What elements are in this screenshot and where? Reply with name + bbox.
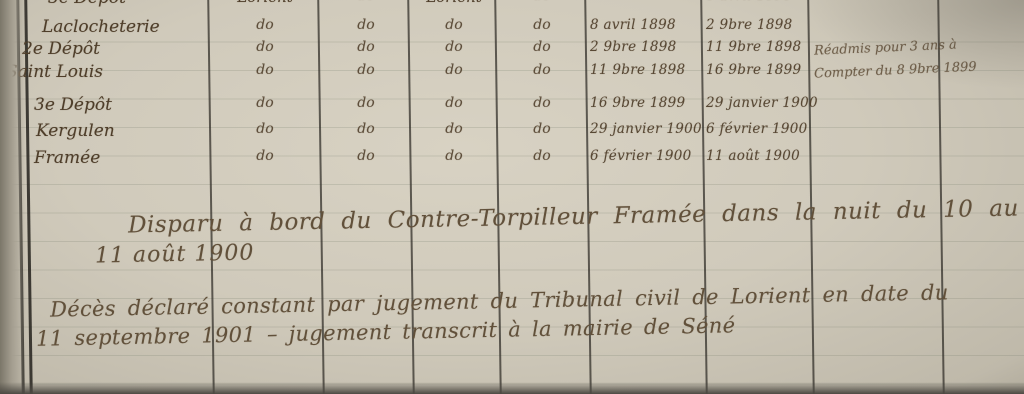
ditto-mark: do <box>414 39 494 55</box>
ditto-mark: do <box>327 62 405 78</box>
date-to: 8 avril 1898 <box>706 0 812 4</box>
ditto-mark: do <box>500 17 584 33</box>
ditto-mark: do <box>500 62 584 78</box>
date-from: 8 avril 1898 <box>590 17 702 33</box>
ditto-mark: do <box>414 62 494 78</box>
ditto-mark: do <box>414 95 494 111</box>
ditto-mark: do <box>327 17 405 33</box>
ship-name: Saint Louis <box>6 62 211 82</box>
ditto-mark: do <box>215 17 315 33</box>
ditto-mark: do <box>327 95 405 111</box>
ditto-mark: do <box>414 121 494 137</box>
table-row: 3e Dépôt do do do do 16 9bre 1899 29 jan… <box>0 95 1024 123</box>
date-from: 29 janvier 1900 <box>590 121 702 137</box>
ditto-mark: do <box>500 39 584 55</box>
ship-name: Framée <box>6 148 239 168</box>
ditto-mark: do <box>500 0 584 4</box>
table-row: Kergulen do do do do 29 janvier 1900 6 f… <box>0 121 1024 149</box>
date-to: 16 9bre 1899 <box>706 62 812 78</box>
register-page: 3e Dépôt Lorient do Lorient do 8 avril 1… <box>0 0 1024 394</box>
page-bottom-shadow <box>0 382 1024 394</box>
ditto-mark: do <box>215 148 315 164</box>
ditto-mark: do <box>215 39 315 55</box>
ditto-mark: do <box>500 95 584 111</box>
table-row: Framée do do do do 6 février 1900 11 aoû… <box>0 148 1024 176</box>
ship-name: Kergulen <box>6 121 241 141</box>
date-from: 16 9bre 1899 <box>590 95 702 111</box>
port-cell: Lorient <box>215 0 315 6</box>
date-from: 6 février 1900 <box>590 148 702 164</box>
date-to: 29 janvier 1900 <box>706 95 812 111</box>
ship-name: Laclocheterie <box>6 17 247 37</box>
ditto-mark: do <box>500 148 584 164</box>
ditto-mark: do <box>327 148 405 164</box>
ditto-mark: do <box>327 0 405 4</box>
date-from: 11 9bre 1898 <box>590 62 702 78</box>
ship-name: 3e Dépôt <box>6 95 239 115</box>
port-cell: Lorient <box>414 0 494 6</box>
ditto-mark: do <box>215 121 315 137</box>
ditto-mark: do <box>327 39 405 55</box>
ditto-mark: do <box>215 62 315 78</box>
ship-name: 2e Dépôt <box>6 39 227 59</box>
ditto-mark: do <box>414 17 494 33</box>
date-from: 2 9bre 1898 <box>590 39 702 55</box>
ditto-mark: do <box>414 148 494 164</box>
disappearance-note-line2: 11 août 1900 <box>95 240 255 268</box>
photo-corner-shadow <box>804 0 1024 90</box>
date-to: 2 9bre 1898 <box>706 17 812 33</box>
date-to: 11 9bre 1898 <box>706 39 812 55</box>
page-binding-edge <box>0 0 26 394</box>
ditto-mark: do <box>215 95 315 111</box>
ditto-mark: do <box>500 121 584 137</box>
ditto-mark: do <box>327 121 405 137</box>
date-to: 11 août 1900 <box>706 148 812 164</box>
date-to: 6 février 1900 <box>706 121 812 137</box>
